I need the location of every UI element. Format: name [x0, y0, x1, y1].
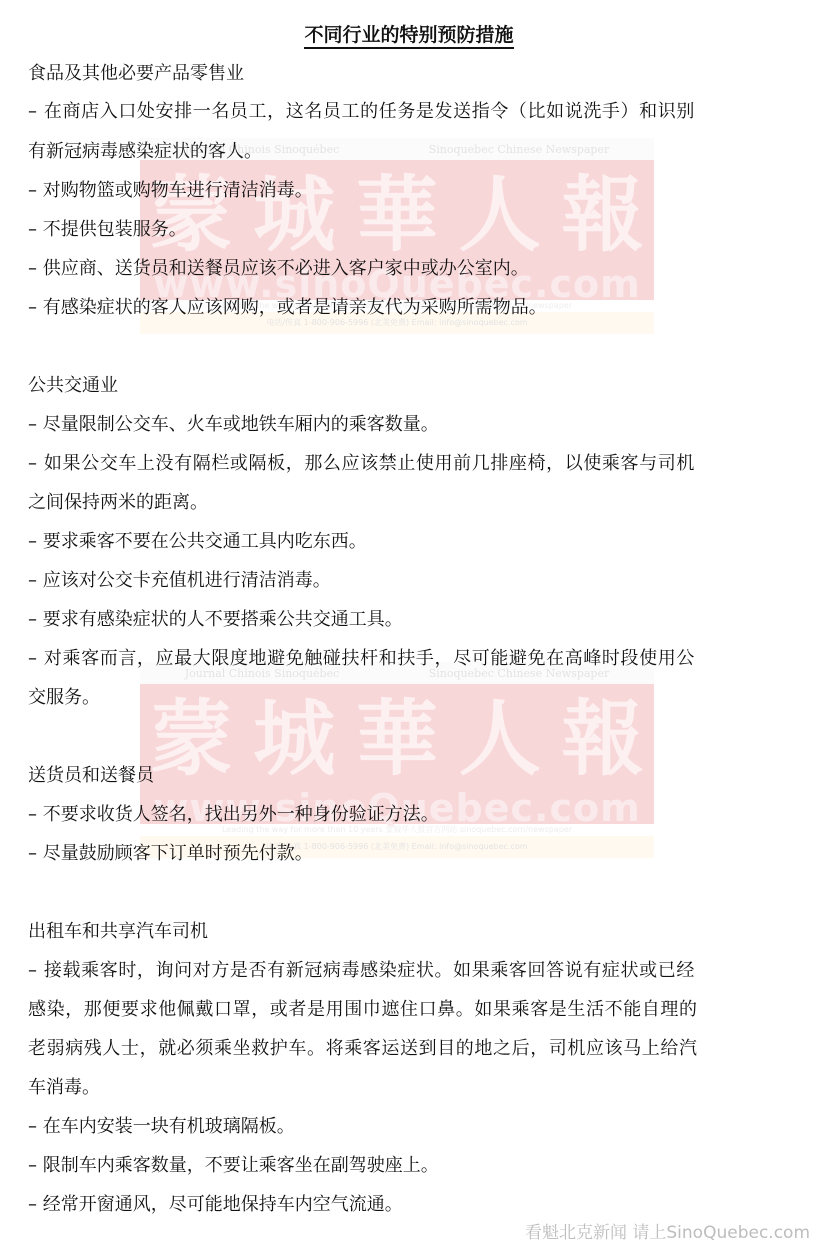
list-item: – 经常开窗通风，尽可能地保持车内空气流通。 [28, 1193, 403, 1217]
list-item-continuation: 有新冠病毒感染症状的客人。 [28, 140, 262, 164]
watermark-char: 報 [562, 694, 644, 784]
page-title: 不同行业的特别预防措施 [304, 24, 513, 49]
watermark-char: 華 [356, 170, 438, 260]
watermark-logo-chars: 蒙 城 華 人 報 [140, 694, 654, 784]
list-item: – 有感染症状的客人应该网购，或者是请亲友代为采购所需物品。 [28, 296, 547, 320]
list-item: – 在车内安装一块有机玻璃隔板。 [28, 1115, 295, 1139]
list-item-continuation: 感染，那便要求他佩戴口罩，或者是用围巾遮住口鼻。如果乘客是生活不能自理的 [28, 998, 698, 1022]
list-item: – 尽量鼓励顾客下订单时预先付款。 [28, 842, 313, 866]
watermark-char: 人 [459, 694, 541, 784]
list-item: – 要求乘客不要在公共交通工具内吃东西。 [28, 530, 367, 554]
list-item: – 在商店入口处安排一名员工，这名员工的任务是发送指令（比如说洗手）和识别 [28, 100, 695, 124]
list-item: – 应该对公交卡充值机进行清洁消毒。 [28, 569, 331, 593]
section-heading-taxi: 出租车和共享汽车司机 [28, 920, 208, 944]
section-heading-delivery: 送货员和送餐员 [28, 764, 154, 788]
list-item: – 供应商、送货员和送餐员应该不必进入客户家中或办公室内。 [28, 257, 529, 281]
newspaper-watermark: Journal Chinois Sinoquébec Sinoquebec Ch… [140, 662, 654, 862]
watermark-label-en: Sinoquebec Chinese Newspaper [429, 143, 609, 156]
watermark-char: 蒙 [150, 694, 232, 784]
watermark-char: 報 [562, 170, 644, 260]
list-item: – 对乘客而言，应最大限度地避免触碰扶杆和扶手，尽可能避免在高峰时段使用公 [28, 647, 695, 671]
list-item-continuation: 交服务。 [28, 686, 100, 710]
section-heading-retail: 食品及其他必要产品零售业 [28, 62, 244, 86]
list-item-continuation: 车消毒。 [28, 1076, 100, 1100]
list-item: – 限制车内乘客数量，不要让乘客坐在副驾驶座上。 [28, 1154, 439, 1178]
list-item-continuation: 之间保持两米的距离。 [28, 491, 208, 515]
list-item: – 如果公交车上没有隔栏或隔板，那么应该禁止使用前几排座椅，以使乘客与司机 [28, 452, 695, 476]
list-item: – 要求有感染症状的人不要搭乘公共交通工具。 [28, 608, 403, 632]
list-item: – 对购物篮或购物车进行清洁消毒。 [28, 179, 313, 203]
list-item-continuation: 老弱病残人士，就必须乘坐救护车。将乘客运送到目的地之后，司机应该马上给汽 [28, 1037, 698, 1061]
footer-source-text: 看魁北克新闻 请上SinoQuebec.com [525, 1218, 810, 1243]
watermark-char: 人 [459, 170, 541, 260]
document-title: 不同行业的特别预防措施 [0, 20, 818, 47]
list-item: – 不要求收货人签名，找出另外一种身份验证方法。 [28, 803, 439, 827]
list-item: – 接载乘客时，询问对方是否有新冠病毒感染症状。如果乘客回答说有症状或已经 [28, 959, 695, 983]
list-item: – 尽量限制公交车、火车或地铁车厢内的乘客数量。 [28, 413, 439, 437]
watermark-char: 華 [356, 694, 438, 784]
watermark-char: 城 [253, 694, 335, 784]
section-heading-public-transit: 公共交通业 [28, 374, 118, 398]
list-item: – 不提供包装服务。 [28, 218, 187, 242]
